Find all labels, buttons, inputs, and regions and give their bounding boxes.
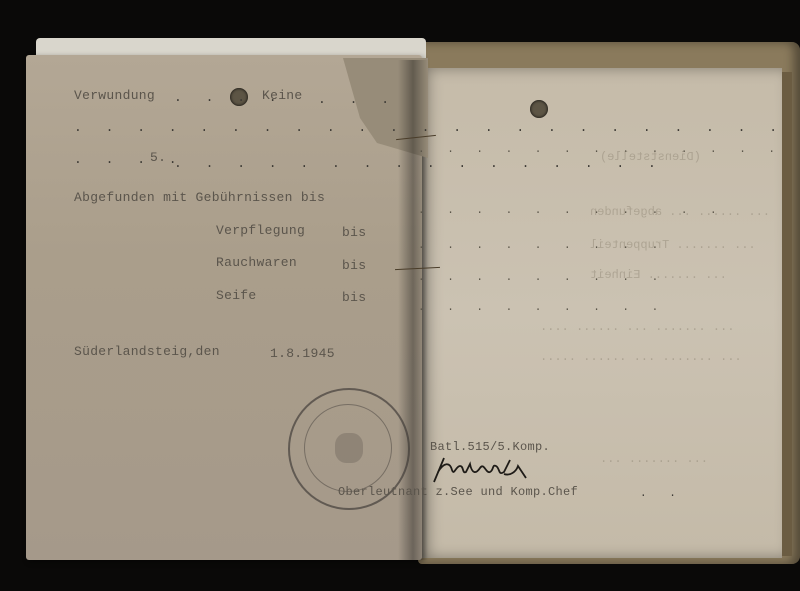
right-dots-5: . . . . . . . . . — [418, 302, 666, 314]
dotted-line-1: . . . . . . . . . . . . . . . . . . . . … — [74, 120, 785, 135]
place-label: Süderlandsteig,den — [74, 344, 220, 359]
rank-trailing-dots: . . — [640, 488, 684, 500]
date-value: 1.8.1945 — [270, 346, 335, 361]
show-through-line: ... ....... ... ...... .... — [540, 320, 734, 334]
show-through-line: ... ....... Truppenteil — [590, 238, 756, 252]
show-through-line: (Dienststelle) — [600, 150, 701, 164]
rank-line: Oberleutnant z.See und Komp.Chef — [338, 485, 578, 499]
stamp-inner-ring — [304, 404, 392, 492]
dotted-line-2-prefix: . . . . — [74, 152, 185, 167]
rations-bis: bis — [342, 225, 366, 240]
rations-label: Verpflegung — [216, 223, 305, 238]
show-through-line: ... ...... ... abgefunden — [590, 205, 770, 219]
tobacco-label: Rauchwaren — [216, 255, 297, 270]
dotted-line-2-suffix: . . . . . . . . . . . . . . . . — [174, 156, 664, 171]
show-through-line: ... ....... Einheit — [590, 268, 727, 282]
punch-hole-right — [530, 100, 548, 118]
handwritten-signature — [430, 452, 550, 486]
injury-value: Keine — [262, 88, 303, 103]
eagle-emblem-icon — [335, 433, 363, 463]
settled-label: Abgefunden mit Gebührnissen bis — [74, 190, 325, 205]
dotted-line-2-number: 5. — [150, 150, 166, 165]
injury-label: Verwundung — [74, 88, 155, 103]
unit-ghost: ... ....... ... — [600, 452, 708, 466]
tobacco-bis: bis — [342, 258, 366, 273]
soap-bis: bis — [342, 290, 366, 305]
soap-label: Seife — [216, 288, 257, 303]
show-through-line: ... ....... ... ...... ..... — [540, 350, 742, 364]
injury-trailing-dots: . . . — [318, 92, 397, 107]
